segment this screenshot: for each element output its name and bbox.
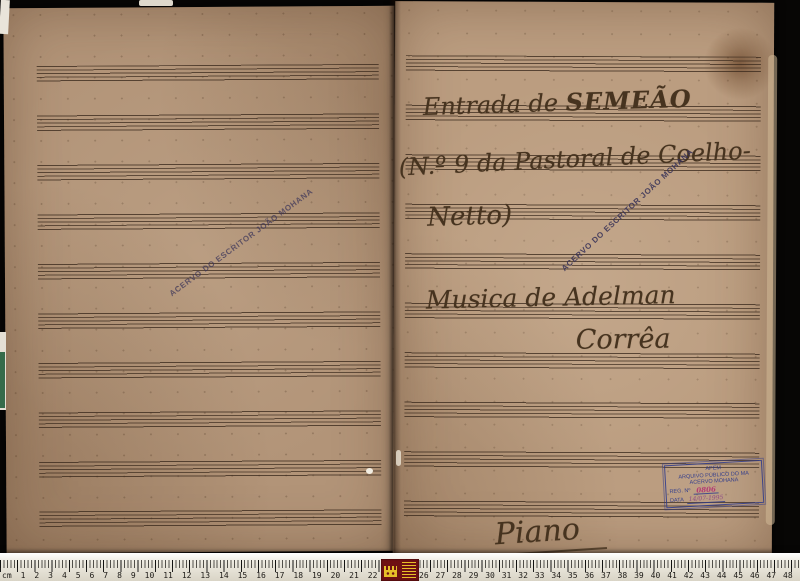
- ruler-number: 39: [634, 571, 644, 580]
- ruler-number: 40: [651, 571, 661, 580]
- ruler-number: 42: [684, 571, 694, 580]
- ruler-number: 41: [667, 571, 677, 580]
- ruler-number: 1: [21, 571, 26, 580]
- torn-right-edge: [766, 55, 777, 525]
- ruler-number: 6: [90, 571, 95, 580]
- ruler-logo-patch: [381, 559, 419, 581]
- registry-date-label: DATA: [670, 497, 684, 505]
- handwritten-composer-line2: Corrêa: [576, 324, 671, 356]
- ruler-number: 45: [733, 571, 743, 580]
- registry-stamp: APEM ARQUIVO PÚBLICO DO MA ACERVO MOHANA…: [664, 460, 764, 508]
- registry-date-value: 14/07-1995: [687, 494, 726, 503]
- ruler-number: 46: [750, 571, 760, 580]
- ruler-number: 27: [436, 571, 446, 580]
- ruler-number: 22: [368, 571, 378, 580]
- ruler-number: 38: [618, 571, 628, 580]
- ruler-number: 47: [766, 571, 776, 580]
- music-staves-left: [37, 64, 382, 534]
- ruler-number: 26: [419, 571, 429, 580]
- ruler-number: 16: [256, 571, 266, 580]
- ruler-number: 19: [312, 571, 322, 580]
- ruler-number: 5: [76, 571, 81, 580]
- measuring-ruler: cm 1234567891011121314151617181920212223…: [0, 553, 800, 581]
- ruler-logo-text-lines: [402, 562, 416, 578]
- ruler-number: 11: [163, 571, 173, 580]
- ruler-number: 17: [275, 571, 285, 580]
- ruler-number: 43: [700, 571, 710, 580]
- ruler-number: 2: [34, 571, 39, 580]
- ruler-number: 34: [551, 571, 561, 580]
- ruler-number: 37: [601, 571, 611, 580]
- ruler-number: 15: [238, 571, 248, 580]
- ruler-number: 48: [783, 571, 793, 580]
- ruler-number: 18: [293, 571, 303, 580]
- page-seam-shadow: [389, 0, 401, 558]
- registry-reg-label: REG. Nº: [669, 488, 690, 496]
- manuscript-photo: ACERVO DO ESCRITOR JOÃO MOHANA Entrada d…: [0, 0, 800, 581]
- ruler-number: 12: [182, 571, 192, 580]
- ruler-number: 8: [117, 571, 122, 580]
- ruler-numbers-left: cm 1234567891011121314151617181920212223: [2, 571, 396, 580]
- ruler-number: 13: [200, 571, 210, 580]
- ruler-number: 20: [331, 571, 341, 580]
- handwritten-instrument-label: Piano: [490, 510, 607, 556]
- ruler-numbers-right: 2627282930313233343536373839404142434445…: [419, 571, 793, 580]
- ruler-number: 10: [145, 571, 155, 580]
- ruler-number: 31: [502, 571, 512, 580]
- castle-body: [384, 570, 397, 577]
- ruler-number: 35: [568, 571, 578, 580]
- ruler-number: 7: [103, 571, 108, 580]
- paper-damage-dot: [366, 468, 373, 474]
- green-sliver-left: [0, 352, 5, 408]
- ruler-number: 29: [469, 571, 479, 580]
- ruler-number: 33: [535, 571, 545, 580]
- handwritten-composer-line1: Musica de Adelman: [426, 280, 676, 314]
- title-prefix: Entrada de: [422, 89, 566, 121]
- ruler-number: 21: [349, 571, 359, 580]
- manuscript-left-page: ACERVO DO ESCRITOR JOÃO MOHANA: [3, 6, 397, 553]
- ruler-number: 30: [485, 571, 495, 580]
- paper-sliver-top: [139, 0, 173, 6]
- handwritten-title-line3: Netto): [427, 200, 513, 233]
- ruler-number: 44: [717, 571, 727, 580]
- ruler-number: 28: [452, 571, 462, 580]
- ruler-number: 9: [131, 571, 136, 580]
- castle-icon: [384, 566, 397, 577]
- manuscript-right-page: Entrada de SEMEÃO (N.º 9 da Pastoral de …: [393, 1, 774, 559]
- ruler-number: 3: [48, 571, 53, 580]
- ruler-number: 32: [518, 571, 528, 580]
- ruler-number: 4: [62, 571, 67, 580]
- ruler-number: 36: [584, 571, 594, 580]
- title-name: SEMEÃO: [565, 84, 692, 117]
- ruler-unit-label: cm: [2, 571, 12, 580]
- ruler-number: 14: [219, 571, 229, 580]
- paper-damage-patch: [396, 450, 401, 466]
